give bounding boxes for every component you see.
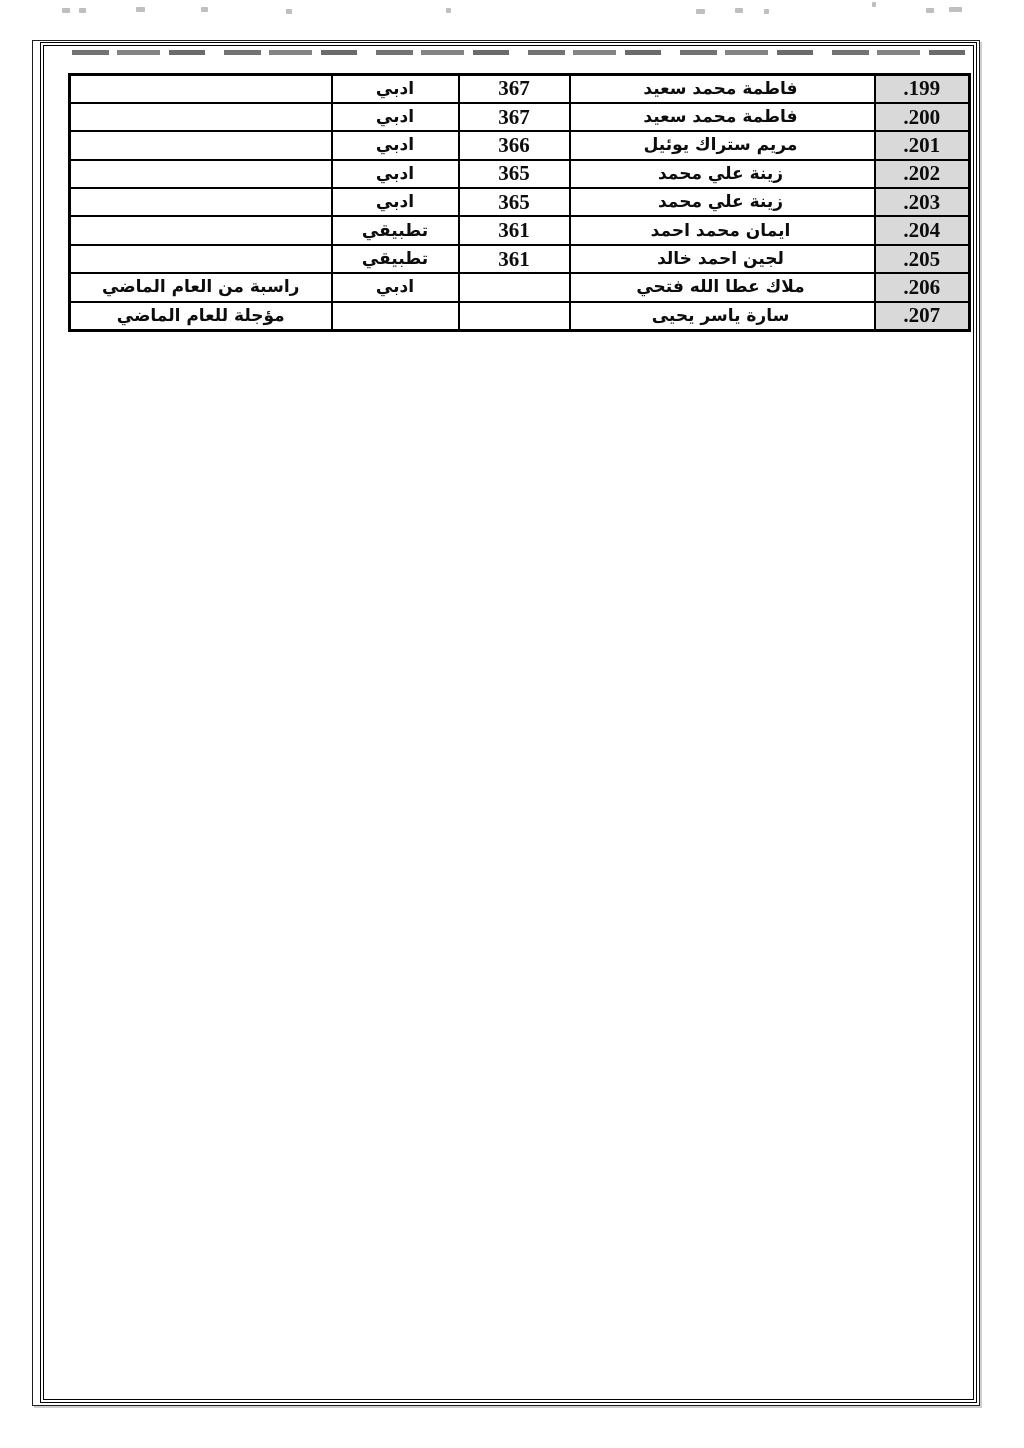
noise-dot (136, 7, 145, 12)
table-row: .200 فاطمة محمد سعيد 367 ادبي (70, 103, 970, 131)
noise-dot (764, 9, 769, 14)
noise-dot (446, 8, 451, 13)
table-row: .207 سارة ياسر يحيى مؤجلة للعام الماضي (70, 302, 970, 330)
note-cell (70, 188, 332, 216)
score-cell (459, 273, 570, 301)
note-cell (70, 75, 332, 103)
track-cell: ادبي (332, 273, 459, 301)
table-row: .202 زينة علي محمد 365 ادبي (70, 160, 970, 188)
score-cell: 365 (459, 188, 570, 216)
track-cell: ادبي (332, 160, 459, 188)
note-cell (70, 245, 332, 273)
track-cell: ادبي (332, 188, 459, 216)
row-number-cell: .204 (875, 216, 970, 244)
track-cell: تطبيقي (332, 245, 459, 273)
score-cell: 361 (459, 245, 570, 273)
noise-dot (735, 8, 743, 13)
student-name-cell: لجين احمد خالد (570, 245, 875, 273)
noise-dot (872, 2, 876, 7)
row-number-cell: .205 (875, 245, 970, 273)
row-number-cell: .202 (875, 160, 970, 188)
student-name-cell: زينة علي محمد (570, 188, 875, 216)
table-row: .204 ايمان محمد احمد 361 تطبيقي (70, 216, 970, 244)
score-cell: 365 (459, 160, 570, 188)
noise-dot (286, 9, 292, 14)
score-cell: 367 (459, 75, 570, 103)
table-row: .199 فاطمة محمد سعيد 367 ادبي (70, 75, 970, 103)
score-cell: 366 (459, 131, 570, 159)
students-results-table: .199 فاطمة محمد سعيد 367 ادبي .200 فاطمة… (68, 73, 971, 332)
student-name-cell: سارة ياسر يحيى (570, 302, 875, 330)
noise-dot (79, 8, 86, 13)
track-cell: ادبي (332, 131, 459, 159)
note-cell: راسبة من العام الماضي (70, 273, 332, 301)
noise-dot (62, 8, 70, 13)
student-name-cell: ملاك عطا الله فتحي (570, 273, 875, 301)
student-name-cell: فاطمة محمد سعيد (570, 103, 875, 131)
track-cell: ادبي (332, 103, 459, 131)
track-cell: تطبيقي (332, 216, 459, 244)
student-name-cell: ايمان محمد احمد (570, 216, 875, 244)
row-number-cell: .201 (875, 131, 970, 159)
note-cell (70, 216, 332, 244)
table-row: .201 مريم ستراك يوئيل 366 ادبي (70, 131, 970, 159)
row-number-cell: .200 (875, 103, 970, 131)
student-name-cell: فاطمة محمد سعيد (570, 75, 875, 103)
table-row: .205 لجين احمد خالد 361 تطبيقي (70, 245, 970, 273)
note-cell (70, 160, 332, 188)
score-cell: 367 (459, 103, 570, 131)
scan-noise-dots (0, 0, 1024, 20)
noise-dot (949, 7, 962, 12)
noise-dot (696, 9, 705, 14)
note-cell: مؤجلة للعام الماضي (70, 302, 332, 330)
score-cell (459, 302, 570, 330)
note-cell (70, 131, 332, 159)
row-number-cell: .199 (875, 75, 970, 103)
student-name-cell: زينة علي محمد (570, 160, 875, 188)
scan-artifact-band (72, 50, 965, 55)
track-cell (332, 302, 459, 330)
row-number-cell: .207 (875, 302, 970, 330)
note-cell (70, 103, 332, 131)
score-cell: 361 (459, 216, 570, 244)
noise-dot (201, 7, 208, 12)
table-row: .203 زينة علي محمد 365 ادبي (70, 188, 970, 216)
table-row: .206 ملاك عطا الله فتحي ادبي راسبة من ال… (70, 273, 970, 301)
row-number-cell: .203 (875, 188, 970, 216)
scanned-document-page: { "colors": { "page_bg": "#ffffff", "tab… (0, 0, 1024, 1448)
track-cell: ادبي (332, 75, 459, 103)
student-name-cell: مريم ستراك يوئيل (570, 131, 875, 159)
noise-dot (926, 8, 934, 13)
row-number-cell: .206 (875, 273, 970, 301)
